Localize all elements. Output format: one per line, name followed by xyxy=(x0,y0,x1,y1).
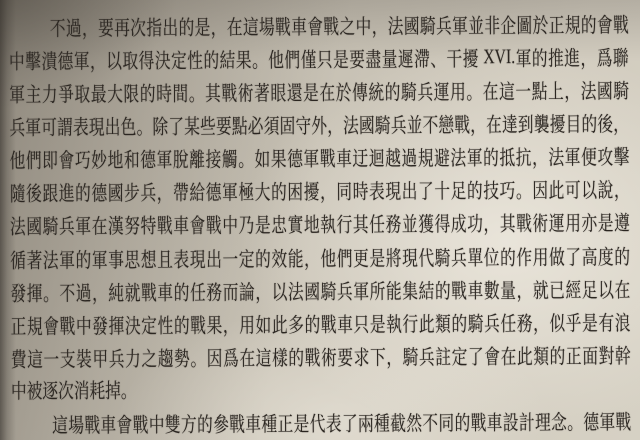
text-line: 中擊潰德軍，以取得決定性的結果。他們僅只是要盡量遲滯、干擾 XVI.軍的推進，爲… xyxy=(9,40,629,77)
book-page-photo: 不過，要再次指出的是，在這場戰車會戰之中，法國騎兵軍並非企圖於正規的會戰 中擊潰… xyxy=(0,0,640,440)
text-line: 他們即會巧妙地和德軍脫離接觸。如果德軍戰車迂迴越過規避法軍的抵抗，法軍便攻擊 xyxy=(9,140,629,177)
text-line: 兵軍可謂表現出色。除了某些要點必須固守外，法國騎兵並不戀戰，在達到襲擾目的後， xyxy=(9,107,629,144)
text-line: 這場戰車會戰中雙方的參戰車種正是代表了兩種截然不同的戰車設計理念。德軍戰 xyxy=(11,405,631,440)
text-line: 軍主力爭取最大限的時間。其戰術著眼還是在於傳統的騎兵運用。在這一點上，法國騎 xyxy=(9,73,629,110)
text-line: 循著法軍的軍事思想且表現出一定的效能，他們更是將現代騎兵單位的作用做了高度的 xyxy=(10,239,630,276)
text-line: 正規會戰中發揮決定性的戰果，用如此多的戰車只是執行此類的騎兵任務，似乎是有浪 xyxy=(11,305,631,342)
text-line: 隨後跟進的德國步兵，帶給德軍極大的困擾，同時表現出了十足的技巧。因此可以說， xyxy=(10,173,630,210)
text-block: 不過，要再次指出的是，在這場戰車會戰之中，法國騎兵軍並非企圖於正規的會戰 中擊潰… xyxy=(9,7,632,440)
text-line: 法國騎兵軍在漢努特戰車會戰中乃是忠實地執行其任務並獲得成功，其戰術運用亦是遵 xyxy=(10,206,630,243)
text-line: 發揮。不過，純就戰車的任務而論，以法國騎兵軍所能集結的戰車數量，就已經足以在 xyxy=(10,272,630,309)
text-line: 不過，要再次指出的是，在這場戰車會戰之中，法國騎兵軍並非企圖於正規的會戰 xyxy=(9,7,629,44)
